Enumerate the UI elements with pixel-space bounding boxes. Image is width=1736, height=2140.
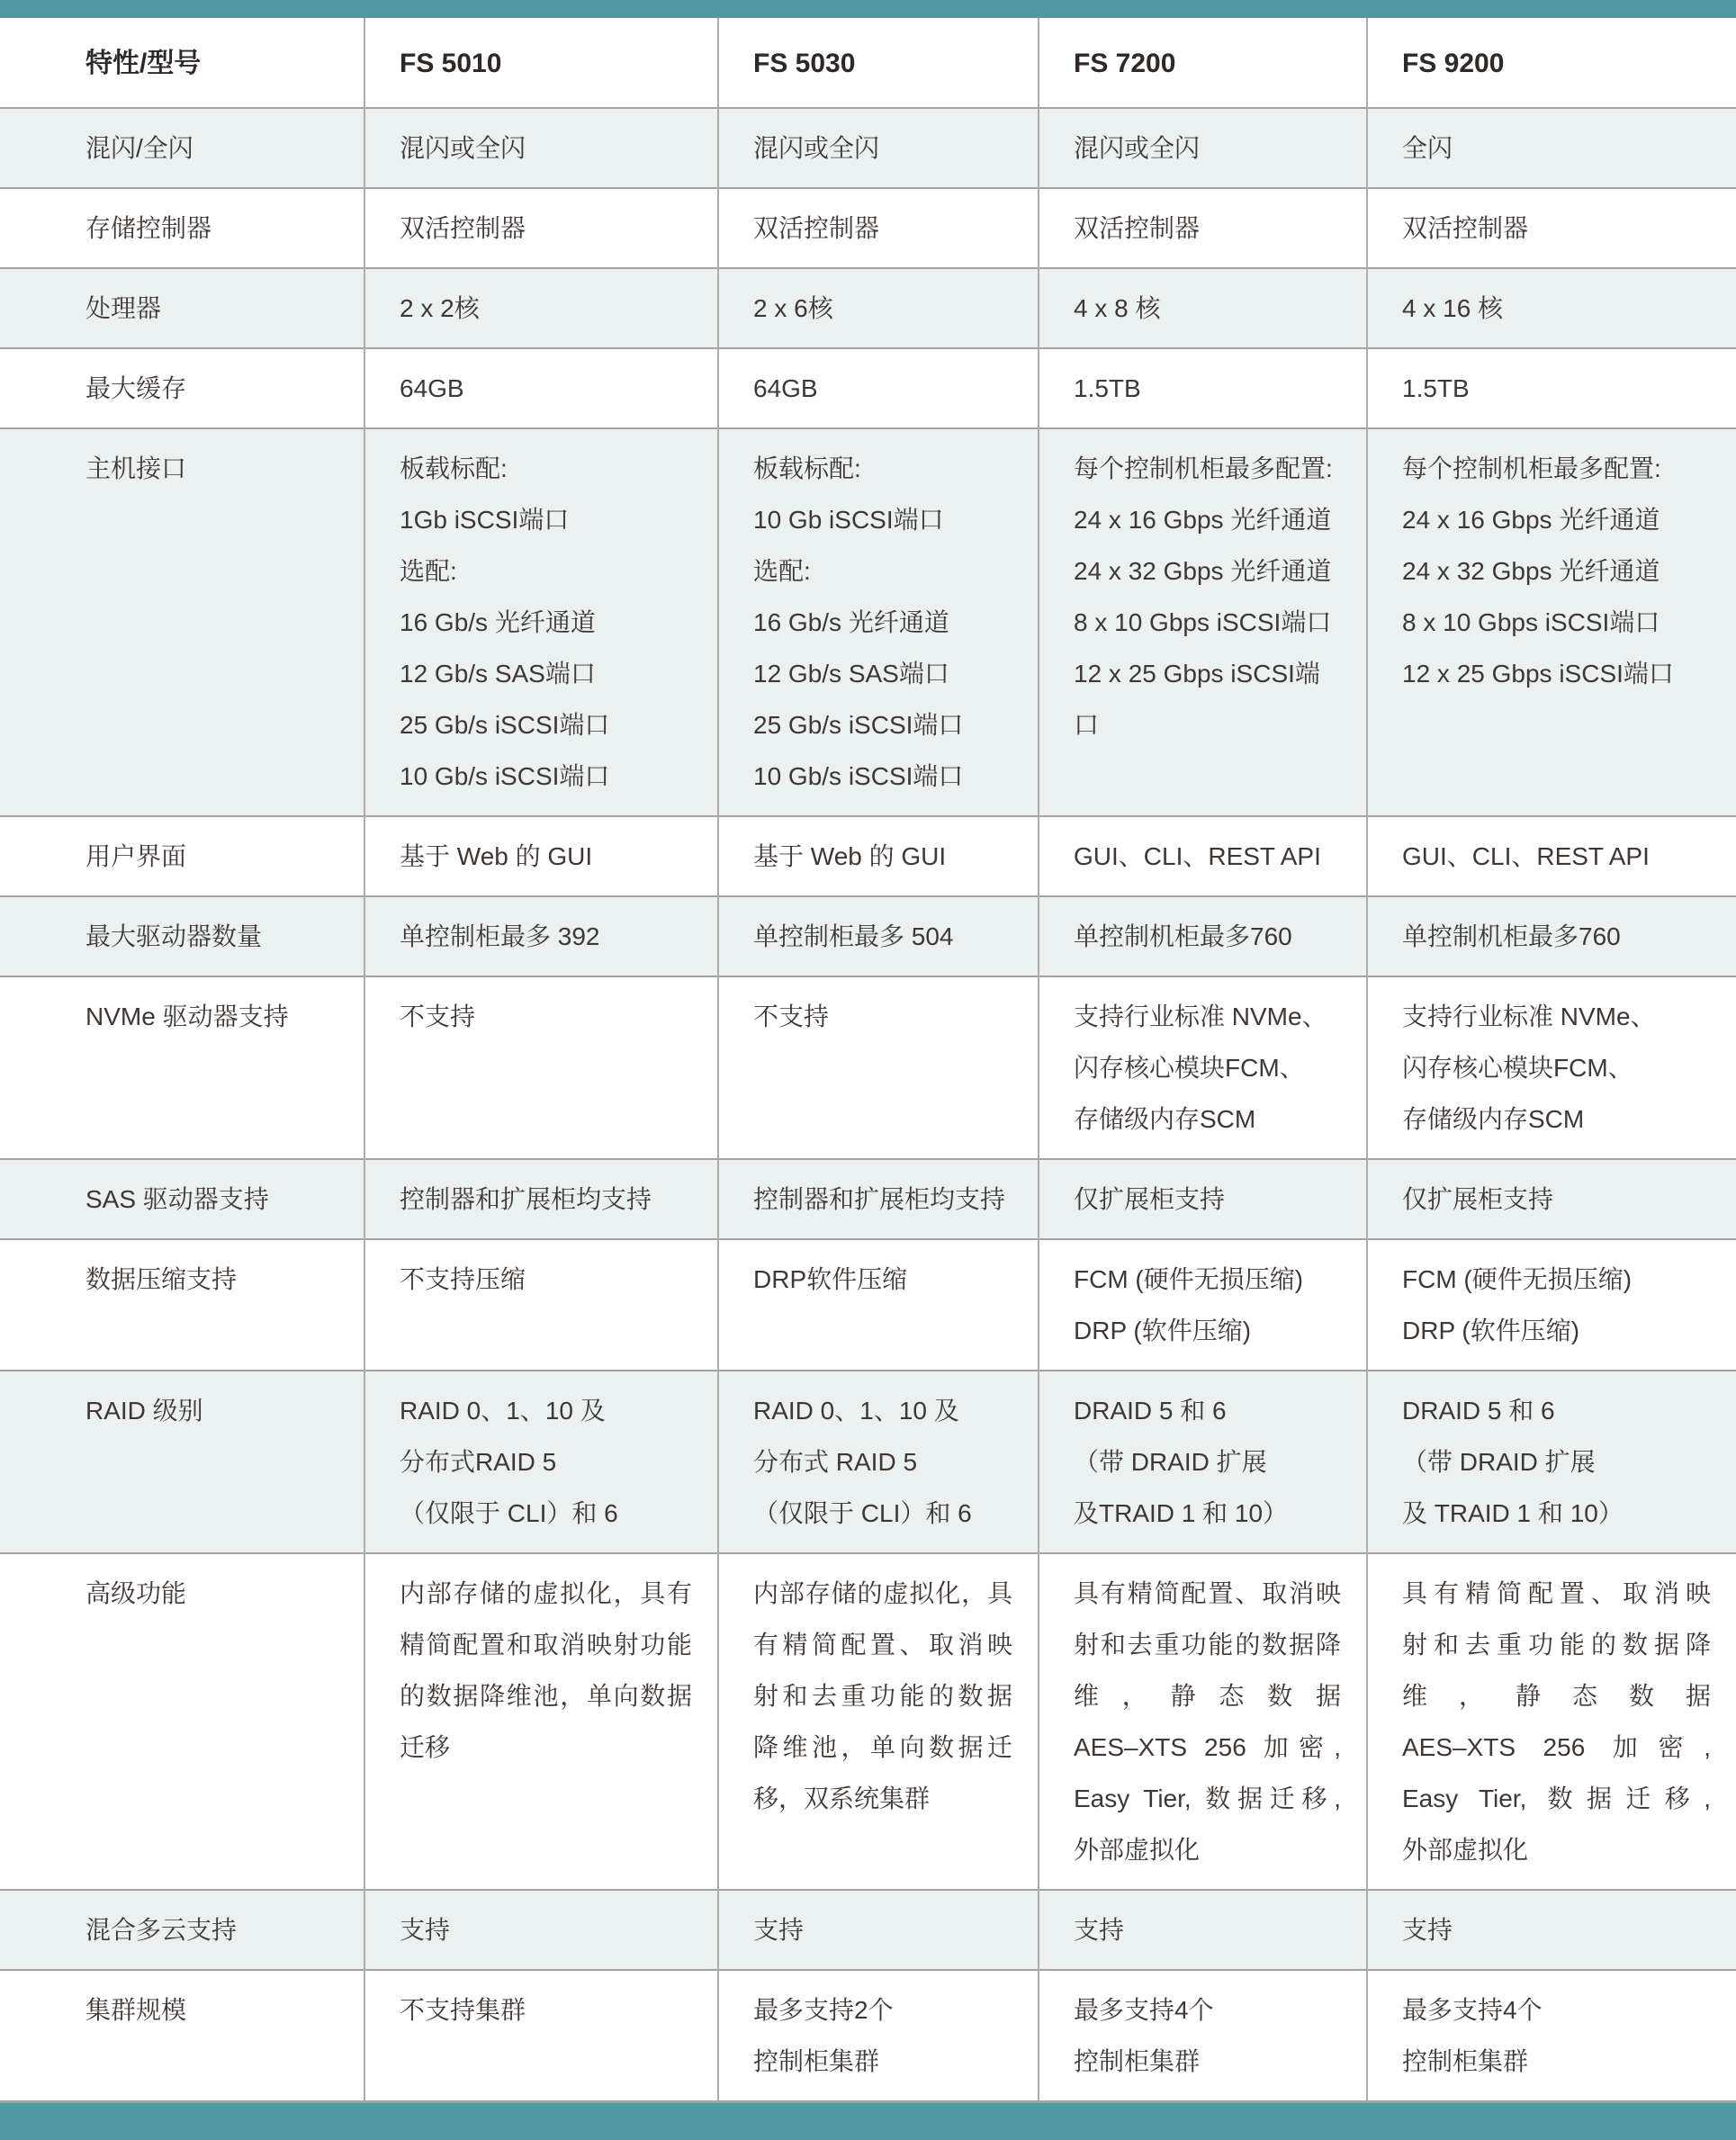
table-row: 处理器2 x 2核2 x 6核4 x 8 核4 x 16 核: [0, 268, 1736, 348]
value-line: 基于 Web 的 GUI: [400, 831, 692, 882]
feature-cell: 主机接口: [0, 428, 364, 816]
model-header-cell: FS 5030: [718, 18, 1039, 108]
table-row: 混闪/全闪混闪或全闪混闪或全闪混闪或全闪全闪: [0, 108, 1736, 188]
value-cell: 支持: [1367, 1890, 1736, 1970]
value-line: 的数据降维池，单向数据: [400, 1670, 692, 1722]
value-line: 存储级内存SCM: [1402, 1093, 1711, 1145]
value-line: 射和去重功能的数据降: [1402, 1619, 1711, 1670]
value-line: 全闪: [1402, 122, 1711, 174]
table-row: 主机接口板载标配:1Gb iSCSI端口选配:16 Gb/s 光纤通道12 Gb…: [0, 428, 1736, 816]
value-line: 仅扩展柜支持: [1074, 1173, 1341, 1225]
value-line: 及 TRAID 1 和 10）: [1402, 1488, 1711, 1539]
value-cell: 不支持压缩: [364, 1239, 718, 1371]
value-line: 存储级内存SCM: [1074, 1093, 1341, 1145]
value-line: 外部虚拟化: [1402, 1824, 1711, 1875]
value-cell: 最多支持2个控制柜集群: [718, 1970, 1039, 2100]
value-line: 射和去重功能的数据降: [1074, 1619, 1341, 1670]
value-line: 2 x 6核: [753, 283, 1012, 334]
value-line: 64GB: [400, 363, 692, 414]
feature-cell: 最大缓存: [0, 348, 364, 428]
value-cell: 双活控制器: [364, 188, 718, 268]
model-header-cell: FS 7200: [1039, 18, 1367, 108]
value-line: （仅限于 CLI）和 6: [753, 1488, 1012, 1539]
value-cell: 每个控制机柜最多配置:24 x 16 Gbps 光纤通道24 x 32 Gbps…: [1367, 428, 1736, 816]
value-cell: 支持行业标准 NVMe、闪存核心模块FCM、存储级内存SCM: [1039, 976, 1367, 1159]
value-cell: 4 x 8 核: [1039, 268, 1367, 348]
value-line: 16 Gb/s 光纤通道: [400, 597, 692, 648]
value-line: 迁移: [400, 1722, 692, 1773]
table-row: 最大驱动器数量单控制柜最多 392单控制柜最多 504单控制机柜最多760单控制…: [0, 896, 1736, 976]
feature-cell: SAS 驱动器支持: [0, 1159, 364, 1239]
value-line: 不支持集群: [400, 1984, 692, 2036]
value-line: 双活控制器: [1074, 202, 1341, 254]
value-cell: 1.5TB: [1039, 348, 1367, 428]
feature-cell: 混合多云支持: [0, 1890, 364, 1970]
table-row: NVMe 驱动器支持不支持不支持支持行业标准 NVMe、闪存核心模块FCM、存储…: [0, 976, 1736, 1159]
feature-cell: NVMe 驱动器支持: [0, 976, 364, 1159]
value-line: 分布式RAID 5: [400, 1436, 692, 1488]
value-line: Easy Tier, 数据迁移,: [1402, 1773, 1711, 1824]
table-row: 最大缓存64GB64GB1.5TB1.5TB: [0, 348, 1736, 428]
value-line: 具有精简配置、取消映: [1402, 1568, 1711, 1619]
value-line: 12 x 25 Gbps iSCSI端口: [1402, 648, 1711, 699]
feature-cell: 存储控制器: [0, 188, 364, 268]
value-line: 控制器和扩展柜均支持: [753, 1173, 1012, 1225]
value-line: 移，双系统集群: [753, 1773, 1012, 1824]
value-line: 最多支持4个: [1074, 1984, 1341, 2036]
value-cell: 双活控制器: [718, 188, 1039, 268]
value-line: 分布式 RAID 5: [753, 1436, 1012, 1488]
spec-table: 特性/型号FS 5010FS 5030FS 7200FS 9200 混闪/全闪混…: [0, 18, 1736, 2100]
table-row: SAS 驱动器支持控制器和扩展柜均支持控制器和扩展柜均支持仅扩展柜支持仅扩展柜支…: [0, 1159, 1736, 1239]
value-line: 支持: [753, 1904, 1012, 1956]
value-line: 控制柜集群: [1402, 2036, 1711, 2087]
value-cell: 不支持: [718, 976, 1039, 1159]
value-line: 单控制柜最多 504: [753, 911, 1012, 962]
value-line: 精简配置和取消映射功能: [400, 1619, 692, 1670]
value-line: 每个控制机柜最多配置:: [1402, 443, 1711, 494]
value-cell: 混闪或全闪: [718, 108, 1039, 188]
value-line: DRP (软件压缩): [1402, 1305, 1711, 1356]
value-line: RAID 0、1、10 及: [400, 1385, 692, 1436]
value-line: DRAID 5 和 6: [1074, 1385, 1341, 1436]
value-cell: DRAID 5 和 6（带 DRAID 扩展及TRAID 1 和 10）: [1039, 1371, 1367, 1553]
table-row: 集群规模不支持集群最多支持2个控制柜集群最多支持4个控制柜集群最多支持4个控制柜…: [0, 1970, 1736, 2100]
value-line: 10 Gb iSCSI端口: [753, 494, 1012, 545]
value-line: DRP软件压缩: [753, 1254, 1012, 1305]
feature-cell: 集群规模: [0, 1970, 364, 2100]
value-line: 选配:: [753, 545, 1012, 597]
value-line: 24 x 32 Gbps 光纤通道: [1402, 545, 1711, 597]
value-cell: RAID 0、1、10 及分布式RAID 5（仅限于 CLI）和 6: [364, 1371, 718, 1553]
value-cell: 不支持: [364, 976, 718, 1159]
value-line: （仅限于 CLI）和 6: [400, 1488, 692, 1539]
value-cell: 具有精简配置、取消映射和去重功能的数据降维，静态数据AES–XTS 256 加密…: [1367, 1553, 1736, 1890]
value-line: RAID 0、1、10 及: [753, 1385, 1012, 1436]
value-cell: 64GB: [364, 348, 718, 428]
value-line: 最多支持4个: [1402, 1984, 1711, 2036]
value-line: 控制器和扩展柜均支持: [400, 1173, 692, 1225]
value-line: FCM (硬件无损压缩): [1074, 1254, 1341, 1305]
value-cell: GUI、CLI、REST API: [1367, 816, 1736, 896]
value-line: 混闪或全闪: [1074, 122, 1341, 174]
value-line: 单控制机柜最多760: [1074, 911, 1341, 962]
model-header-cell: FS 5010: [364, 18, 718, 108]
value-cell: 4 x 16 核: [1367, 268, 1736, 348]
value-cell: 支持: [718, 1890, 1039, 1970]
value-line: 维，静态数据: [1402, 1670, 1711, 1722]
table-row: 混合多云支持支持支持支持支持: [0, 1890, 1736, 1970]
value-cell: DRAID 5 和 6（带 DRAID 扩展及 TRAID 1 和 10）: [1367, 1371, 1736, 1553]
value-line: 1.5TB: [1074, 363, 1341, 414]
value-line: 内部存储的虚拟化，具有: [400, 1568, 692, 1619]
value-cell: 板载标配:10 Gb iSCSI端口选配:16 Gb/s 光纤通道12 Gb/s…: [718, 428, 1039, 816]
value-cell: 支持: [364, 1890, 718, 1970]
value-line: 具有精简配置、取消映: [1074, 1568, 1341, 1619]
value-cell: 具有精简配置、取消映射和去重功能的数据降维，静态数据AES–XTS 256 加密…: [1039, 1553, 1367, 1890]
value-line: 不支持: [400, 991, 692, 1042]
value-line: FCM (硬件无损压缩): [1402, 1254, 1711, 1305]
value-cell: 支持: [1039, 1890, 1367, 1970]
value-cell: 2 x 2核: [364, 268, 718, 348]
value-line: AES–XTS 256 加密,: [1402, 1722, 1711, 1773]
value-cell: 每个控制机柜最多配置:24 x 16 Gbps 光纤通道24 x 32 Gbps…: [1039, 428, 1367, 816]
value-cell: 混闪或全闪: [364, 108, 718, 188]
value-cell: 板载标配:1Gb iSCSI端口选配:16 Gb/s 光纤通道12 Gb/s S…: [364, 428, 718, 816]
value-line: 24 x 16 Gbps 光纤通道: [1402, 494, 1711, 545]
value-cell: 单控制机柜最多760: [1039, 896, 1367, 976]
value-cell: 最多支持4个控制柜集群: [1367, 1970, 1736, 2100]
table-body: 混闪/全闪混闪或全闪混闪或全闪混闪或全闪全闪存储控制器双活控制器双活控制器双活控…: [0, 108, 1736, 2100]
value-line: （带 DRAID 扩展: [1402, 1436, 1711, 1488]
value-line: 降维池，单向数据迁: [753, 1722, 1012, 1773]
value-line: 10 Gb/s iSCSI端口: [753, 751, 1012, 802]
value-line: 1.5TB: [1402, 363, 1711, 414]
table-row: RAID 级别RAID 0、1、10 及分布式RAID 5（仅限于 CLI）和 …: [0, 1371, 1736, 1553]
feature-cell: RAID 级别: [0, 1371, 364, 1553]
value-line: 每个控制机柜最多配置:: [1074, 443, 1341, 494]
value-line: DRP (软件压缩): [1074, 1305, 1341, 1356]
feature-header-cell: 特性/型号: [0, 18, 364, 108]
value-cell: 64GB: [718, 348, 1039, 428]
value-cell: 控制器和扩展柜均支持: [718, 1159, 1039, 1239]
value-line: 闪存核心模块FCM、: [1074, 1042, 1341, 1093]
value-line: 闪存核心模块FCM、: [1402, 1042, 1711, 1093]
value-cell: 双活控制器: [1367, 188, 1736, 268]
value-line: 10 Gb/s iSCSI端口: [400, 751, 692, 802]
value-line: 12 Gb/s SAS端口: [400, 648, 692, 699]
value-line: 12 x 25 Gbps iSCSI端口: [1074, 648, 1341, 751]
value-line: 板载标配:: [400, 443, 692, 494]
value-line: 单控制柜最多 392: [400, 911, 692, 962]
value-line: Easy Tier, 数据迁移,: [1074, 1773, 1341, 1824]
value-cell: 仅扩展柜支持: [1039, 1159, 1367, 1239]
bottom-accent-bar: [0, 2103, 1736, 2140]
value-line: 控制柜集群: [753, 2036, 1012, 2087]
value-cell: 混闪或全闪: [1039, 108, 1367, 188]
value-cell: 1.5TB: [1367, 348, 1736, 428]
top-accent-bar: [0, 0, 1736, 18]
value-cell: 内部存储的虚拟化，具有精简配置和取消映射功能的数据降维池，单向数据迁移: [364, 1553, 718, 1890]
value-cell: GUI、CLI、REST API: [1039, 816, 1367, 896]
table-row: 数据压缩支持不支持压缩DRP软件压缩FCM (硬件无损压缩)DRP (软件压缩)…: [0, 1239, 1736, 1371]
value-line: 内部存储的虚拟化，具: [753, 1568, 1012, 1619]
value-line: 24 x 32 Gbps 光纤通道: [1074, 545, 1341, 597]
value-line: 25 Gb/s iSCSI端口: [753, 699, 1012, 751]
value-line: 支持: [1074, 1904, 1341, 1956]
value-line: 16 Gb/s 光纤通道: [753, 597, 1012, 648]
feature-cell: 高级功能: [0, 1553, 364, 1890]
value-cell: DRP软件压缩: [718, 1239, 1039, 1371]
value-line: 维，静态数据: [1074, 1670, 1341, 1722]
header-row: 特性/型号FS 5010FS 5030FS 7200FS 9200: [0, 18, 1736, 108]
value-line: DRAID 5 和 6: [1402, 1385, 1711, 1436]
value-cell: 不支持集群: [364, 1970, 718, 2100]
value-line: 不支持: [753, 991, 1012, 1042]
value-line: 12 Gb/s SAS端口: [753, 648, 1012, 699]
value-line: 4 x 16 核: [1402, 283, 1711, 334]
value-line: 1Gb iSCSI端口: [400, 494, 692, 545]
value-line: 支持行业标准 NVMe、: [1074, 991, 1341, 1042]
value-line: 双活控制器: [1402, 202, 1711, 254]
table-row: 高级功能内部存储的虚拟化，具有精简配置和取消映射功能的数据降维池，单向数据迁移内…: [0, 1553, 1736, 1890]
value-cell: 基于 Web 的 GUI: [718, 816, 1039, 896]
value-line: 控制柜集群: [1074, 2036, 1341, 2087]
value-line: 最多支持2个: [753, 1984, 1012, 2036]
value-cell: 单控制柜最多 504: [718, 896, 1039, 976]
value-cell: 全闪: [1367, 108, 1736, 188]
value-line: 支持行业标准 NVMe、: [1402, 991, 1711, 1042]
feature-cell: 混闪/全闪: [0, 108, 364, 188]
value-line: 64GB: [753, 363, 1012, 414]
value-line: 24 x 16 Gbps 光纤通道: [1074, 494, 1341, 545]
value-cell: 最多支持4个控制柜集群: [1039, 1970, 1367, 2100]
value-line: （带 DRAID 扩展: [1074, 1436, 1341, 1488]
value-line: 支持: [400, 1904, 692, 1956]
feature-cell: 处理器: [0, 268, 364, 348]
value-cell: 基于 Web 的 GUI: [364, 816, 718, 896]
spec-sheet: 特性/型号FS 5010FS 5030FS 7200FS 9200 混闪/全闪混…: [0, 0, 1736, 2140]
value-line: AES–XTS 256 加密,: [1074, 1722, 1341, 1773]
value-line: 有精简配置、取消映: [753, 1619, 1012, 1670]
value-cell: 双活控制器: [1039, 188, 1367, 268]
table-row: 用户界面基于 Web 的 GUI基于 Web 的 GUIGUI、CLI、REST…: [0, 816, 1736, 896]
value-line: 25 Gb/s iSCSI端口: [400, 699, 692, 751]
value-line: 8 x 10 Gbps iSCSI端口: [1074, 597, 1341, 648]
value-line: 混闪或全闪: [400, 122, 692, 174]
value-line: 射和去重功能的数据: [753, 1670, 1012, 1722]
value-cell: 内部存储的虚拟化，具有精简配置、取消映射和去重功能的数据降维池，单向数据迁移，双…: [718, 1553, 1039, 1890]
value-cell: 仅扩展柜支持: [1367, 1159, 1736, 1239]
value-line: 8 x 10 Gbps iSCSI端口: [1402, 597, 1711, 648]
value-line: 混闪或全闪: [753, 122, 1012, 174]
table-row: 存储控制器双活控制器双活控制器双活控制器双活控制器: [0, 188, 1736, 268]
value-line: 支持: [1402, 1904, 1711, 1956]
value-cell: FCM (硬件无损压缩)DRP (软件压缩): [1367, 1239, 1736, 1371]
value-cell: 单控制柜最多 392: [364, 896, 718, 976]
feature-cell: 最大驱动器数量: [0, 896, 364, 976]
feature-cell: 数据压缩支持: [0, 1239, 364, 1371]
value-cell: RAID 0、1、10 及分布式 RAID 5（仅限于 CLI）和 6: [718, 1371, 1039, 1553]
value-line: 基于 Web 的 GUI: [753, 831, 1012, 882]
value-cell: FCM (硬件无损压缩)DRP (软件压缩): [1039, 1239, 1367, 1371]
value-cell: 控制器和扩展柜均支持: [364, 1159, 718, 1239]
value-line: 4 x 8 核: [1074, 283, 1341, 334]
value-line: 外部虚拟化: [1074, 1824, 1341, 1875]
value-cell: 2 x 6核: [718, 268, 1039, 348]
value-line: GUI、CLI、REST API: [1402, 831, 1711, 882]
feature-cell: 用户界面: [0, 816, 364, 896]
value-line: 仅扩展柜支持: [1402, 1173, 1711, 1225]
value-line: 选配:: [400, 545, 692, 597]
value-line: 板载标配:: [753, 443, 1012, 494]
value-line: 2 x 2核: [400, 283, 692, 334]
value-cell: 单控制机柜最多760: [1367, 896, 1736, 976]
value-cell: 支持行业标准 NVMe、闪存核心模块FCM、存储级内存SCM: [1367, 976, 1736, 1159]
value-line: 双活控制器: [400, 202, 692, 254]
value-line: 单控制机柜最多760: [1402, 911, 1711, 962]
value-line: 及TRAID 1 和 10）: [1074, 1488, 1341, 1539]
value-line: 双活控制器: [753, 202, 1012, 254]
model-header-cell: FS 9200: [1367, 18, 1736, 108]
value-line: 不支持压缩: [400, 1254, 692, 1305]
value-line: GUI、CLI、REST API: [1074, 831, 1341, 882]
